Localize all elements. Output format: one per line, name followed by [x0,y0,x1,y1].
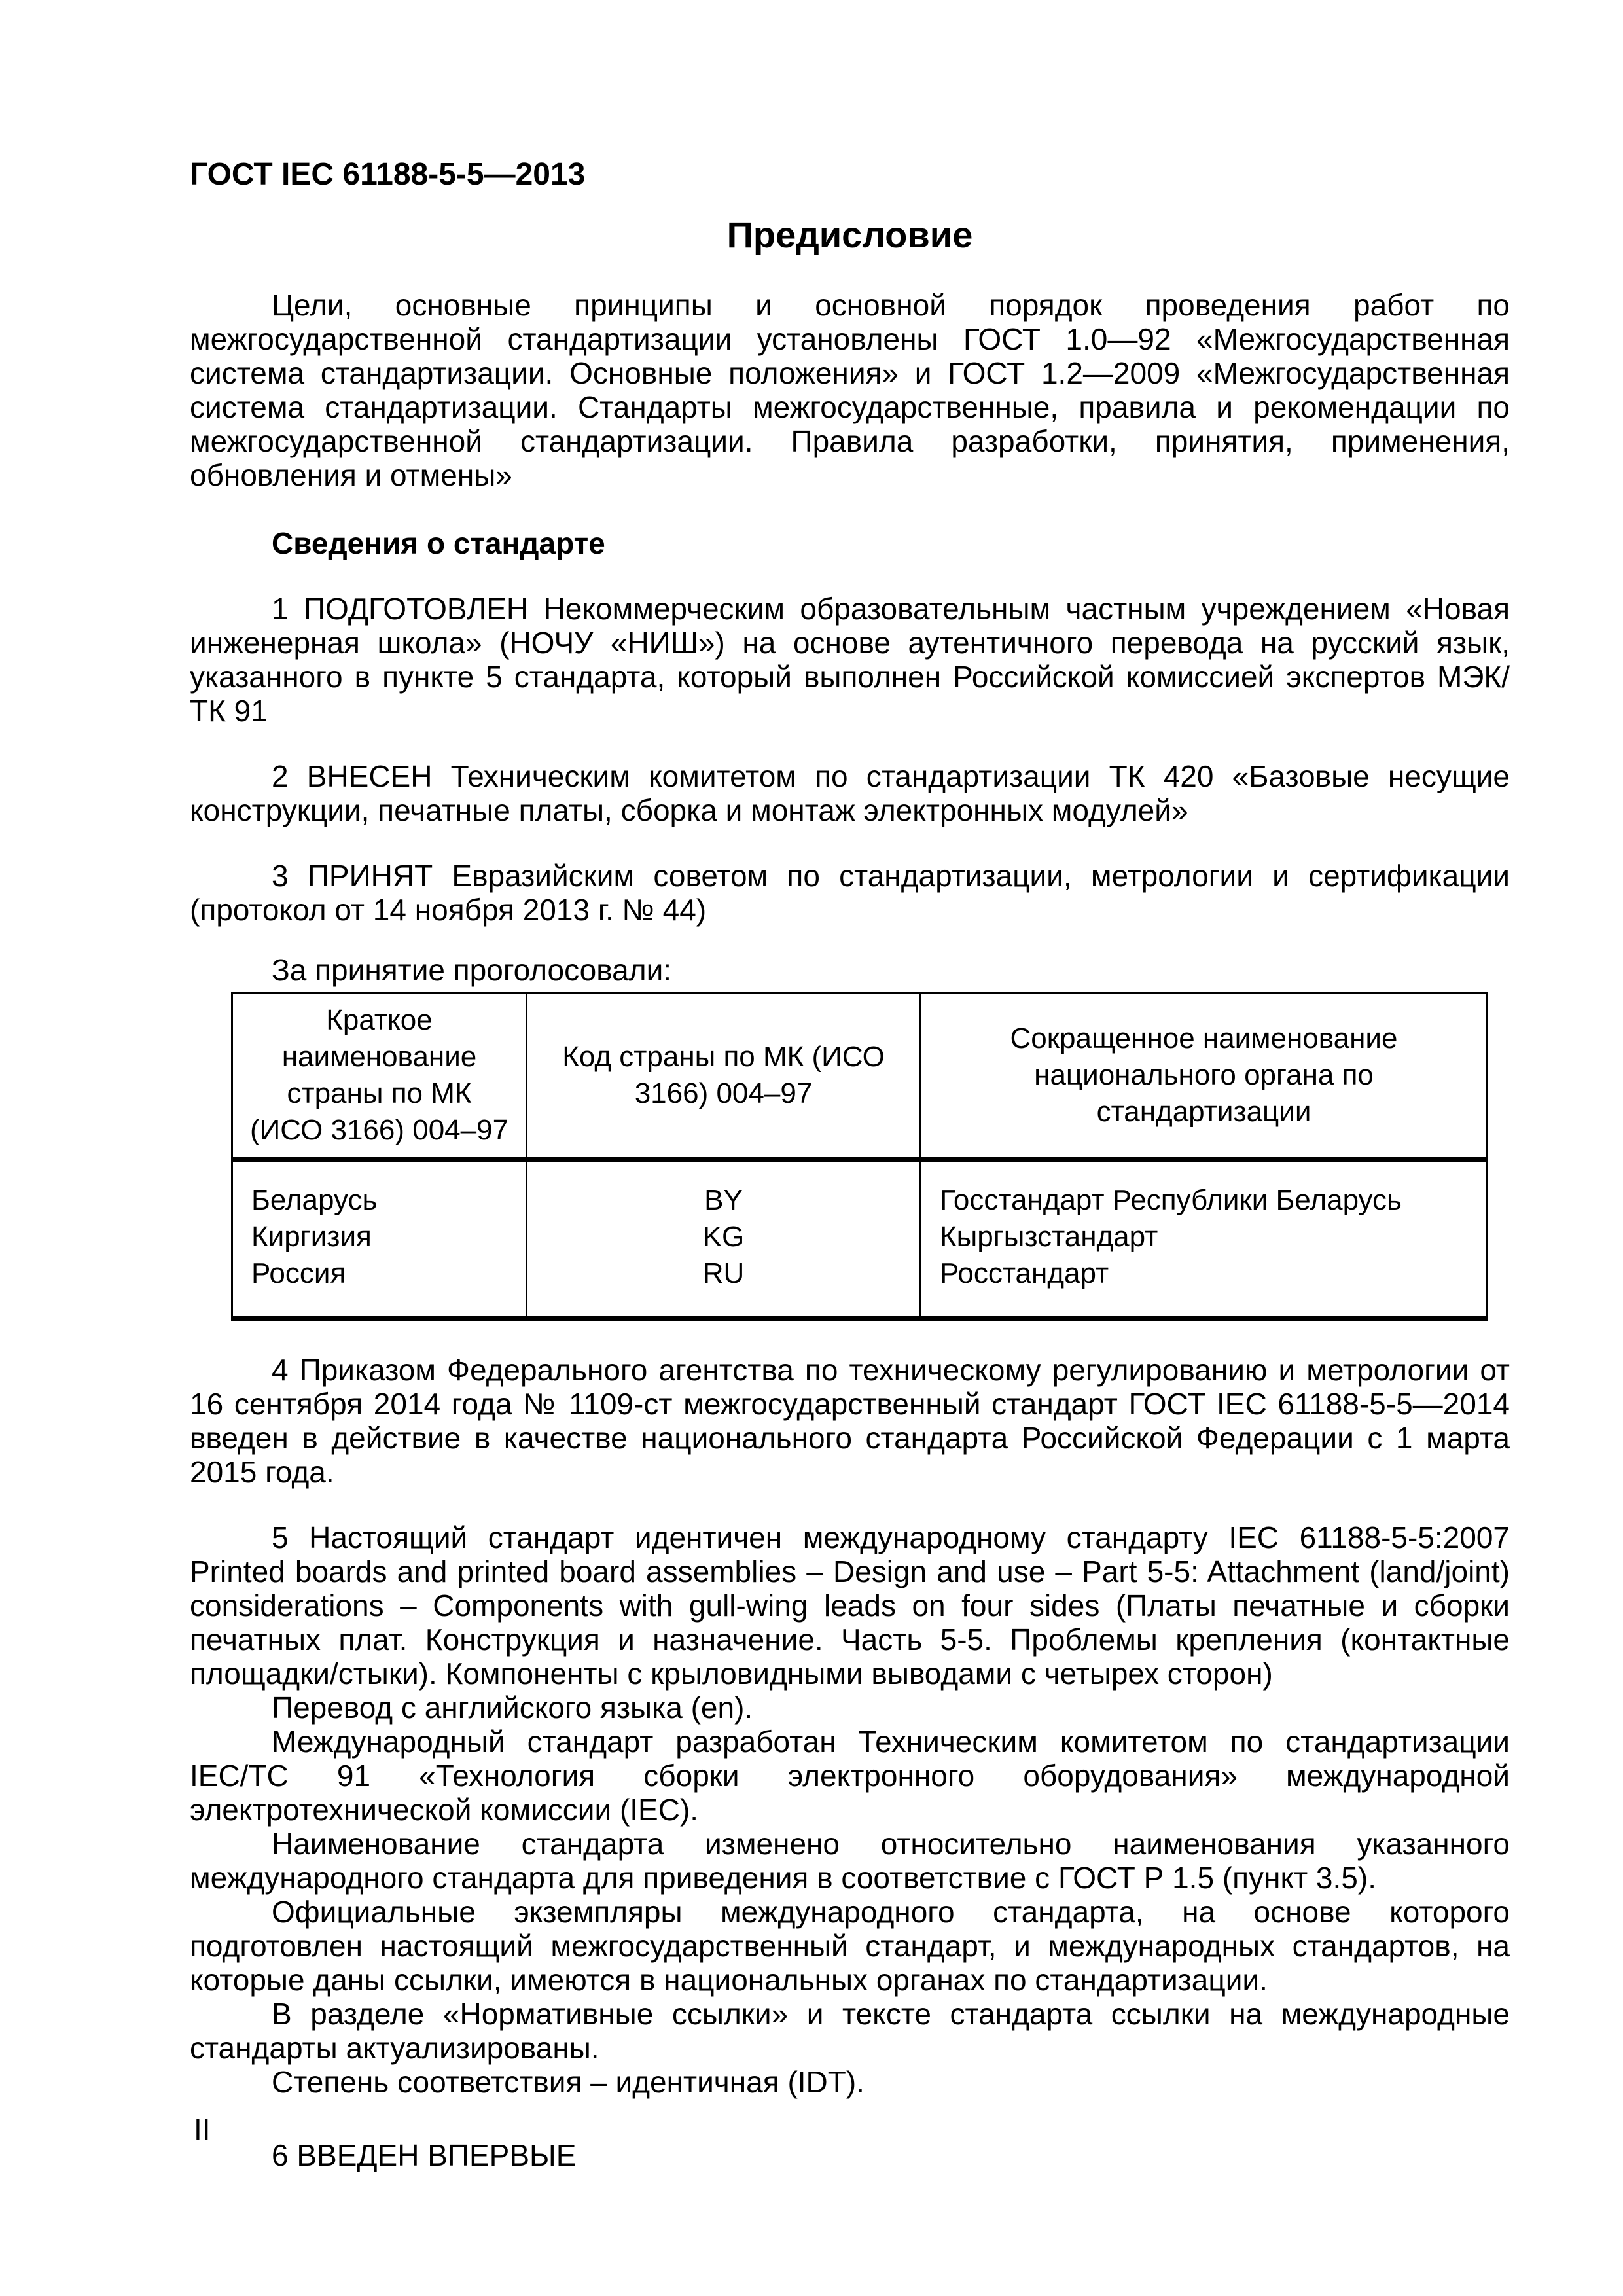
header-country-name: Краткое наименование страны по МК (ИСО 3… [232,994,527,1160]
clause-5-note-official-copies: Официальные экземпляры международного ст… [190,1895,1510,1997]
vote-table-header: Краткое наименование страны по МК (ИСО 3… [232,994,1488,1160]
vote-table-body: Беларусь BY Госстандарт Республики Белар… [232,1160,1488,1319]
table-row: Россия RU Росстандарт [232,1255,1488,1319]
cell-country: Россия [232,1255,527,1319]
page-number: II [194,2113,211,2147]
table-header-row: Краткое наименование страны по МК (ИСО 3… [232,994,1488,1160]
clause-4-order: 4 Приказом Федерального агентства по тех… [190,1353,1510,1489]
clause-3-adopted: 3 ПРИНЯТ Евразийским советом по стандарт… [190,859,1510,927]
vote-table: Краткое наименование страны по МК (ИСО 3… [231,992,1488,1321]
table-row: Киргизия KG Кыргызстандарт [232,1219,1488,1255]
cell-body: Госстандарт Республики Беларусь [921,1160,1488,1219]
cell-code: KG [527,1219,921,1255]
intro-paragraph: Цели, основные принципы и основной поряд… [190,288,1510,492]
section-heading-standard-info: Сведения о стандарте [190,526,1510,560]
cell-body: Росстандарт [921,1255,1488,1319]
document-page: ГОСТ IEC 61188-5-5—2013 Предисловие Цели… [0,0,1623,2296]
page-title: Предисловие [190,215,1510,255]
header-national-body: Сокращенное наименование национального о… [921,994,1488,1160]
vote-lead-text: За принятие проголосовали: [190,953,1510,987]
clause-5-identical: 5 Настоящий стандарт идентичен междунаро… [190,1520,1510,1691]
cell-code: RU [527,1255,921,1319]
clause-5-note-name-change: Наименование стандарта изменено относите… [190,1827,1510,1895]
cell-code: BY [527,1160,921,1219]
cell-body: Кыргызстандарт [921,1219,1488,1255]
clause-2-submitted: 2 ВНЕСЕН Техническим комитетом по станда… [190,759,1510,827]
clause-6-first-introduced: 6 ВВЕДЕН ВПЕРВЫЕ [190,2138,1510,2172]
clause-5-note-conformity: Степень соответствия – идентичная (IDT). [190,2065,1510,2099]
header-country-code: Код страны по МК (ИСО 3166) 004–97 [527,994,921,1160]
cell-country: Киргизия [232,1219,527,1255]
table-row: Беларусь BY Госстандарт Республики Белар… [232,1160,1488,1219]
doc-header: ГОСТ IEC 61188-5-5—2013 [190,157,1510,192]
clause-5-note-developer: Международный стандарт разработан Технич… [190,1725,1510,1827]
clause-1-prepared: 1 ПОДГОТОВЛЕН Некоммерческим образовател… [190,592,1510,728]
clause-5-note-references: В разделе «Нормативные ссылки» и тексте … [190,1997,1510,2065]
clause-5-note-translation: Перевод с английского языка (en). [190,1691,1510,1725]
cell-country: Беларусь [232,1160,527,1219]
